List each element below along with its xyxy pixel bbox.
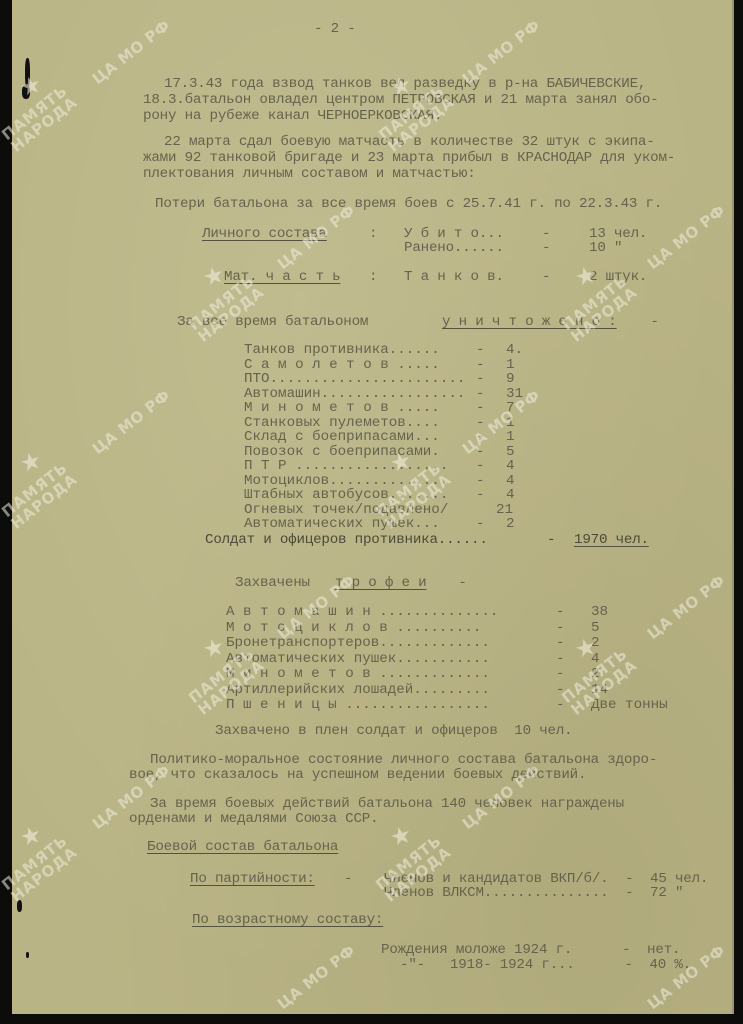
trophies-heading-prefix: Захвачены bbox=[235, 576, 310, 591]
trophy-value: 2 bbox=[591, 666, 600, 682]
trophy-value: 38 bbox=[591, 604, 608, 620]
destroyed-dash: - bbox=[476, 516, 485, 532]
page-number: - 2 - bbox=[314, 22, 356, 37]
destroyed-item: Автоматических пушек... bbox=[244, 516, 440, 532]
paper-damage-spot bbox=[26, 952, 29, 958]
paragraph-2-line-2: жами 92 танковой бригаде и 23 марта приб… bbox=[143, 151, 675, 166]
age-row-1: Рождения моложе 1924 г. - нет. bbox=[381, 943, 680, 958]
losses-personnel-label: Личного состава bbox=[202, 227, 327, 242]
trophy-value: 14 bbox=[591, 682, 608, 698]
party-dash: - bbox=[344, 872, 352, 887]
party-label: По партийности: bbox=[190, 872, 315, 887]
captured-prisoners: Захвачено в плен солдат и офицеров 10 че… bbox=[215, 724, 573, 739]
paragraph-1-line-3: рону на рубеже канал ЧЕРНОЕРКОВСКАЯ. bbox=[143, 109, 442, 124]
trophy-item: П ш е н и ц ы ................. bbox=[226, 697, 490, 713]
losses-wounded-label: Ранено...... bbox=[404, 241, 504, 256]
item-label: Автоматических пушек... bbox=[244, 516, 440, 532]
trophy-dash: - bbox=[556, 651, 565, 667]
trophies-heading-word: т р о ф е и bbox=[335, 576, 426, 591]
paper-damage-spot bbox=[17, 900, 22, 912]
awards-line-1: За время боевых действий батальона 140 ч… bbox=[150, 797, 624, 812]
destroyed-heading-word: у н и ч т о ж е н о : bbox=[442, 315, 617, 330]
document-page: - 2 - 17.3.43 года взвод танков вел разв… bbox=[12, 0, 734, 1014]
awards-line-2: орденами и медалями Союза ССР. bbox=[129, 812, 378, 827]
enemy-soldiers-label: Солдат и офицеров противника...... bbox=[205, 533, 488, 548]
trophy-item: А в т о м а ш и н .............. bbox=[226, 604, 498, 620]
trophy-item: М и н о м е т о в ............. bbox=[226, 666, 490, 682]
destroyed-heading-suffix: - bbox=[642, 315, 659, 330]
losses-wounded-dash: - bbox=[542, 241, 550, 256]
destroyed-heading-prefix: За все время батальоном bbox=[177, 315, 368, 330]
losses-wounded-value: 10 " bbox=[589, 241, 622, 256]
losses-tanks-label: Т а н к о в. bbox=[404, 270, 504, 285]
trophy-item: Автоматических пушек........... bbox=[226, 651, 490, 667]
age-row-2: -"- 1918- 1924 г... - 40 %. bbox=[400, 958, 691, 973]
trophy-item: Артиллерийских лошадей......... bbox=[226, 682, 490, 698]
trophy-item: М о т о ц и к л о в .......... bbox=[226, 620, 481, 636]
composition-heading: Боевой состав батальона bbox=[147, 840, 338, 855]
trophy-dash: - bbox=[556, 620, 565, 636]
paragraph-2-line-3: плектования личным составом и матчастью: bbox=[143, 167, 476, 182]
morale-line-2: вое, что сказалось на успешном ведении б… bbox=[129, 768, 586, 783]
trophies-heading-suffix: - bbox=[450, 576, 467, 591]
losses-materiel-label: Мат. ч а с т ь bbox=[224, 270, 340, 285]
enemy-soldiers-dash: - bbox=[547, 533, 555, 548]
trophy-dash: - bbox=[556, 682, 565, 698]
party-row-2: Членов ВЛКСМ............... - 72 " bbox=[384, 886, 683, 901]
trophy-dash: - bbox=[556, 666, 565, 682]
trophy-dash: - bbox=[556, 697, 565, 713]
trophy-dash: - bbox=[556, 635, 565, 651]
trophy-dash: - bbox=[556, 604, 565, 620]
age-label: По возрастному составу: bbox=[192, 913, 383, 928]
trophy-value: Две тонны bbox=[591, 697, 668, 713]
losses-materiel-colon: : bbox=[369, 270, 377, 285]
destroyed-dash: - bbox=[476, 487, 485, 503]
paragraph-2-line-1: 22 марта сдал боевую матчасть в количест… bbox=[164, 135, 655, 150]
losses-personnel-colon: : bbox=[369, 227, 377, 242]
trophy-item: Бронетранспортеров............. bbox=[226, 635, 490, 651]
losses-tanks-dash: - bbox=[542, 270, 550, 285]
enemy-soldiers-value: 1970 чел. bbox=[574, 533, 649, 548]
destroyed-value: 2 bbox=[506, 516, 515, 532]
morale-line-1: Политико-моральное состояние личного сос… bbox=[150, 753, 657, 768]
losses-heading: Потери батальона за все время боев с 25.… bbox=[155, 197, 662, 212]
